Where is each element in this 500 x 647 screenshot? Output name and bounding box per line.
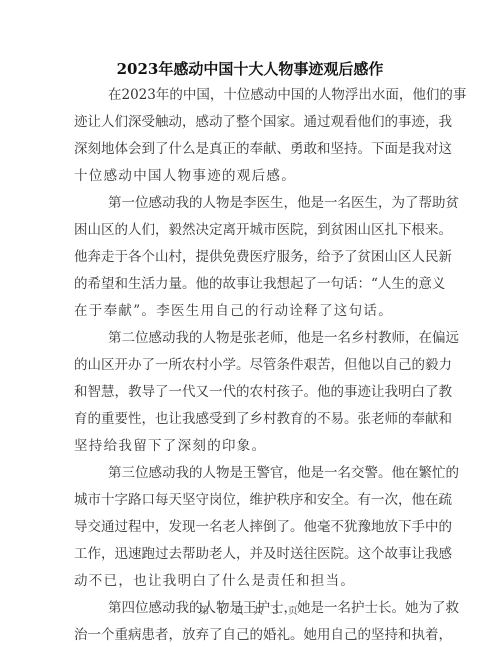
paragraph-teacher: 第二位感动我的人物是张老师，他是一名乡村教师，在偏远 的山区开办了一所农村小学。… bbox=[74, 325, 416, 460]
text-line: 在于奉献”。李医生用自己的行动诠释了这句话。 bbox=[74, 298, 416, 325]
document-page: 2023年感动中国十大人物事迹观后感作 在2023年的中国，十位感动中国的人物浮… bbox=[0, 0, 500, 647]
text-line: 导交通过程中，发现一名老人摔倒了。他毫不犹豫地放下手中的 bbox=[74, 514, 416, 541]
text-line: 迹让人们深受触动，感动了整个国家。通过观看他们的事迹，我 bbox=[74, 109, 416, 136]
paragraph-doctor: 第一位感动我的人物是李医生，他是一名医生，为了帮助贫 困山区的人们，毅然决定离开… bbox=[74, 190, 416, 325]
text-line: 动不已，也让我明白了什么是责任和担当。 bbox=[74, 568, 416, 595]
text-line: 的山区开办了一所农村小学。尽管条件艰苦，但他以自己的毅力 bbox=[74, 352, 416, 379]
text-line: 深刻地体会到了什么是真正的奉献、勇敢和坚持。下面是我对这 bbox=[74, 136, 416, 163]
document-body: 在2023年的中国，十位感动中国的人物浮出水面，他们的事 迹让人们深受触动，感动… bbox=[74, 82, 416, 647]
page-number-footer: 第 1 页 共 3 页 bbox=[0, 602, 500, 617]
text-line: 困山区的人们，毅然决定离开城市医院，到贫困山区扎下根来。 bbox=[74, 217, 416, 244]
paragraph-intro: 在2023年的中国，十位感动中国的人物浮出水面，他们的事 迹让人们深受触动，感动… bbox=[74, 82, 416, 190]
text-line: 的希望和生活力量。他的故事让我想起了一句话：“人生的意义 bbox=[74, 271, 416, 298]
text-line: 坚持给我留下了深刻的印象。 bbox=[74, 433, 416, 460]
text-line: 第三位感动我的人物是王警官，他是一名交警。他在繁忙的 bbox=[74, 460, 416, 487]
text-line: 治一个重病患者，放弃了自己的婚礼。她用自己的坚持和执着， bbox=[74, 622, 416, 647]
text-line: 在2023年的中国，十位感动中国的人物浮出水面，他们的事 bbox=[74, 82, 416, 109]
text-line: 十位感动中国人物事迹的观后感。 bbox=[74, 163, 416, 190]
document-title: 2023年感动中国十大人物事迹观后感作 bbox=[0, 58, 500, 79]
text-line: 和智慧，教导了一代又一代的农村孩子。他的事迹让我明白了教 bbox=[74, 379, 416, 406]
paragraph-police: 第三位感动我的人物是王警官，他是一名交警。他在繁忙的 城市十字路口每天坚守岗位，… bbox=[74, 460, 416, 595]
text-line: 他奔走于各个山村，提供免费医疗服务，给予了贫困山区人民新 bbox=[74, 244, 416, 271]
text-line: 工作，迅速跑过去帮助老人，并及时送往医院。这个故事让我感 bbox=[74, 541, 416, 568]
text-line: 第二位感动我的人物是张老师，他是一名乡村教师，在偏远 bbox=[74, 325, 416, 352]
text-line: 育的重要性，也让我感受到了乡村教育的不易。张老师的奉献和 bbox=[74, 406, 416, 433]
text-line: 城市十字路口每天坚守岗位，维护秩序和安全。有一次，他在疏 bbox=[74, 487, 416, 514]
text-line: 第一位感动我的人物是李医生，他是一名医生，为了帮助贫 bbox=[74, 190, 416, 217]
